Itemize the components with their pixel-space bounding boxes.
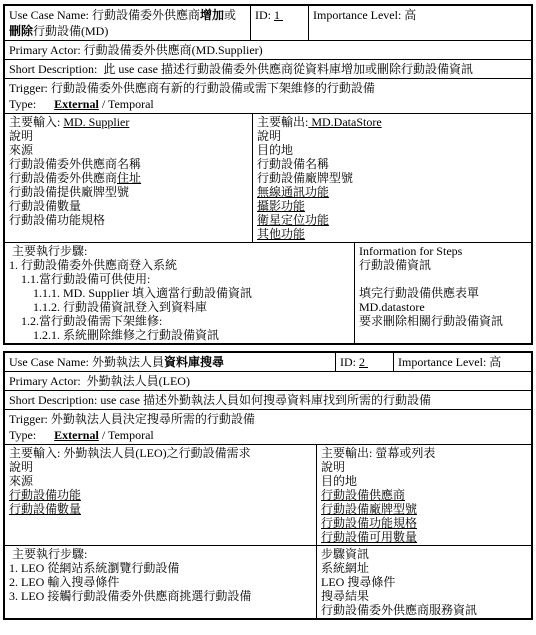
text-line: 1.1.1. MD. Supplier 填入適當行動設備資訊 — [9, 286, 350, 300]
text-segment: ID: — [255, 8, 274, 22]
text-line: 行動設備數量 — [9, 199, 248, 213]
text-line: Short Description: use case 描述外勤執法人員如何搜尋… — [9, 392, 527, 408]
text-segment: 行動設備委外供應商名稱 — [9, 157, 141, 171]
text-segment: 1. 行動設備委外供應商登入系統 — [9, 258, 177, 272]
text-line: 主要輸出: MD.DataStore — [257, 115, 527, 129]
text-segment: 行動設備委外供應商 — [9, 171, 117, 185]
main-input-cell: 主要輸入: MD. Supplier說明來源行動設備委外供應商名稱行動設備委外供… — [5, 114, 252, 242]
text-line: 行動設備功能規格 — [9, 213, 248, 227]
text-line: Short Description: 此 use case 描述行動設備委外供應… — [9, 61, 527, 77]
text-line: Information for Steps — [359, 244, 527, 258]
text-segment: 行動設備(MD) — [33, 24, 108, 38]
text-segment: 住址 — [117, 171, 141, 185]
text-line: 行動設備數量 — [9, 502, 312, 516]
text-segment: 1.2.1. 系統刪除維修之行動設備資訊 — [9, 328, 219, 342]
text-segment: LEO 搜尋條件 — [321, 575, 395, 589]
text-line: 行動設備委外供應商服務資訊 — [321, 603, 527, 617]
text-line: Use Case Name: 外勤執法人員資料庫搜尋 — [9, 354, 331, 370]
text-line: 行動設備名稱 — [257, 157, 527, 171]
text-line: 行動設備功能規格 — [321, 516, 527, 530]
text-segment: Use Case Name: 行動設備委外供應商 — [9, 8, 200, 22]
text-segment: 說明 — [9, 129, 33, 143]
text-segment: 主要輸入: 外勤執法人員(LEO)之行動設備需求 — [9, 446, 251, 460]
text-line: 1.1.當行動設備可供使用: — [9, 272, 350, 286]
text-segment: 刪除 — [9, 24, 33, 38]
text-line: 行動設備提供廠牌型號 — [9, 185, 248, 199]
text-line: 1.1.2. 行動設備資訊登入到資料庫 — [9, 300, 350, 314]
text-segment: 行動設備數量 — [9, 199, 81, 213]
text-line: 目的地 — [321, 474, 527, 488]
text-segment: 搜尋結果 — [321, 589, 369, 603]
text-segment: 填完行動設備供應表單 — [359, 286, 479, 300]
text-segment: Type: — [9, 428, 54, 442]
text-segment: 目的地 — [321, 474, 357, 488]
text-line: Type: External / Temporal — [9, 427, 527, 443]
text-line — [359, 272, 527, 286]
text-line: 要求刪除相關行動設備資訊 — [359, 314, 527, 328]
text-segment: 無線通訊功能 — [257, 185, 329, 199]
input-output-row-1: 主要輸入: MD. Supplier說明來源行動設備委外供應商名稱行動設備委外供… — [5, 113, 531, 242]
text-segment: Primary Actor: 外勤執法人員(LEO) — [9, 374, 190, 388]
text-segment: 3. LEO 接觸行動設備委外供應商挑選行動設備 — [9, 589, 251, 603]
text-segment: Importance Level: 高 — [398, 355, 501, 369]
text-line: 來源 — [9, 143, 248, 157]
primary-actor-row-2: Primary Actor: 外勤執法人員(LEO) — [5, 371, 531, 390]
text-line: 2. LEO 輸入搜尋條件 — [9, 575, 312, 589]
text-line: 主要輸出: 螢幕或列表 — [321, 446, 527, 460]
id-cell: ID: 2 — [335, 353, 393, 371]
text-line: 無線通訊功能 — [257, 185, 527, 199]
primary-actor-cell: Primary Actor: 外勤執法人員(LEO) — [5, 372, 531, 390]
text-segment: 行動設備可用數量 — [321, 530, 417, 544]
text-line: 衛星定位功能 — [257, 213, 527, 227]
text-segment: 目的地 — [257, 143, 293, 157]
text-segment: 其他功能 — [257, 227, 305, 241]
text-segment: 攝影功能 — [257, 199, 305, 213]
text-segment: 行動設備廠牌型號 — [321, 502, 417, 516]
text-segment: External — [54, 97, 99, 111]
text-segment: 1.1.當行動設備可供使用: — [9, 272, 150, 286]
primary-actor-row-1: Primary Actor: 行動設備委外供應商(MD.Supplier) — [5, 40, 531, 59]
text-segment: 行動設備數量 — [9, 502, 81, 516]
text-line: 1.2.當行動設備需下架維修: — [9, 314, 350, 328]
text-segment: MD. Supplier — [63, 115, 129, 129]
text-line: 行動設備資訊 — [359, 258, 527, 272]
text-line: 目的地 — [257, 143, 527, 157]
text-segment: 1.1.1. MD. Supplier 填入適當行動設備資訊 — [9, 286, 252, 300]
text-segment: 衛星定位功能 — [257, 213, 329, 227]
id-cell: ID: 1 — [250, 6, 308, 40]
use-case-name-cell: Use Case Name: 行動設備委外供應商增加或刪除行動設備(MD) — [5, 6, 250, 40]
text-line: Primary Actor: 行動設備委外供應商(MD.Supplier) — [9, 42, 527, 58]
text-line: 行動設備廠牌型號 — [257, 171, 527, 185]
trigger-type-row-2: Trigger: 外勤執法人員決定搜尋所需的行動設備Type: External… — [5, 409, 531, 444]
text-segment: 行動設備廠牌型號 — [257, 171, 353, 185]
text-segment: 主要執行步驟: — [9, 244, 87, 258]
text-line: 系統網址 — [321, 561, 527, 575]
text-segment: 2. LEO 輸入搜尋條件 — [9, 575, 119, 589]
text-segment: / Temporal — [99, 428, 154, 442]
short-description-row-2: Short Description: use case 描述外勤執法人員如何搜尋… — [5, 390, 531, 409]
text-segment: 主要輸入: — [9, 115, 63, 129]
text-line: 1.2.1. 系統刪除維修之行動設備資訊 — [9, 328, 350, 342]
text-segment: 行動設備供應商 — [321, 488, 405, 502]
text-line: 3. LEO 接觸行動設備委外供應商挑選行動設備 — [9, 589, 312, 603]
text-line: 行動設備委外供應商名稱 — [9, 157, 248, 171]
text-segment: 行動設備提供廠牌型號 — [9, 185, 129, 199]
text-segment: 資料庫搜尋 — [164, 355, 224, 369]
main-output-cell: 主要輸出: MD.DataStore說明目的地行動設備名稱行動設備廠牌型號無線通… — [252, 114, 531, 242]
text-segment: 行動設備資訊 — [359, 258, 431, 272]
text-segment: Use Case Name: 外勤執法人員 — [9, 355, 164, 369]
main-steps-cell: 主要執行步驟:1. LEO 從網站系統瀏覽行動設備2. LEO 輸入搜尋條件3.… — [5, 546, 316, 618]
text-segment: 增加 — [200, 8, 224, 22]
text-line: ID: 2 — [340, 354, 389, 370]
text-segment: 來源 — [9, 474, 33, 488]
info-for-steps-cell: 步驟資訊系統網址LEO 搜尋條件搜尋結果行動設備委外供應商服務資訊 — [316, 546, 531, 618]
text-segment: ID: — [340, 355, 359, 369]
text-segment: MD.datastore — [359, 300, 425, 314]
text-line: Trigger: 行動設備委外供應商有新的行動設備或需下架維修的行動設備 — [9, 80, 527, 96]
text-line: 主要執行步驟: — [9, 547, 312, 561]
text-line: 主要輸入: MD. Supplier — [9, 115, 248, 129]
text-segment: 行動設備功能規格 — [321, 516, 417, 530]
text-segment: 步驟資訊 — [321, 547, 369, 561]
text-line: MD.datastore — [359, 300, 527, 314]
use-case-name-cell: Use Case Name: 外勤執法人員資料庫搜尋 — [5, 353, 335, 371]
short-description-row-1: Short Description: 此 use case 描述行動設備委外供應… — [5, 59, 531, 78]
main-output-cell: 主要輸出: 螢幕或列表說明目的地行動設備供應商行動設備廠牌型號行動設備功能規格行… — [316, 445, 531, 545]
text-segment: 系統網址 — [321, 561, 369, 575]
text-line: Importance Level: 高 — [398, 354, 527, 370]
text-segment: Primary Actor: 行動設備委外供應商(MD.Supplier) — [9, 43, 263, 57]
text-line: 說明 — [321, 460, 527, 474]
text-segment: MD.DataStore — [308, 115, 381, 129]
text-line: 行動設備功能 — [9, 488, 312, 502]
text-segment: Trigger: 外勤執法人員決定搜尋所需的行動設備 — [9, 412, 255, 426]
text-line: 行動設備可用數量 — [321, 530, 527, 544]
text-line: 說明 — [257, 129, 527, 143]
text-segment: 說明 — [321, 460, 345, 474]
text-line: 行動設備廠牌型號 — [321, 502, 527, 516]
text-segment: 要求刪除相關行動設備資訊 — [359, 314, 503, 328]
text-segment: / Temporal — [99, 97, 154, 111]
steps-row-2: 主要執行步驟:1. LEO 從網站系統瀏覽行動設備2. LEO 輸入搜尋條件3.… — [5, 545, 531, 618]
text-line: 說明 — [9, 460, 312, 474]
text-line: 來源 — [9, 474, 312, 488]
text-line: 行動設備委外供應商住址 — [9, 171, 248, 185]
text-segment: 行動設備功能規格 — [9, 213, 105, 227]
text-segment: 行動設備委外供應商服務資訊 — [321, 603, 477, 617]
text-line: 主要輸入: 外勤執法人員(LEO)之行動設備需求 — [9, 446, 312, 460]
text-segment: 1 — [274, 8, 283, 22]
text-line: 說明 — [9, 129, 248, 143]
text-segment: Type: — [9, 97, 54, 111]
text-line: 其他功能 — [257, 227, 527, 241]
text-line: ID: 1 — [255, 7, 304, 23]
main-steps-cell: 主要執行步驟:1. 行動設備委外供應商登入系統 1.1.當行動設備可供使用: 1… — [5, 243, 354, 343]
text-line: Primary Actor: 外勤執法人員(LEO) — [9, 373, 527, 389]
use-case-table-1: Use Case Name: 行動設備委外供應商增加或刪除行動設備(MD) ID… — [3, 4, 533, 345]
text-segment: 2 — [359, 355, 368, 369]
use-case-header-row-2: Use Case Name: 外勤執法人員資料庫搜尋 ID: 2 Importa… — [5, 353, 531, 371]
text-line: 主要執行步驟: — [9, 244, 350, 258]
text-segment: Importance Level: 高 — [313, 8, 416, 22]
steps-row-1: 主要執行步驟:1. 行動設備委外供應商登入系統 1.1.當行動設備可供使用: 1… — [5, 242, 531, 343]
use-case-table-2: Use Case Name: 外勤執法人員資料庫搜尋 ID: 2 Importa… — [3, 351, 533, 620]
text-segment: Short Description: 此 use case 描述行動設備委外供應… — [9, 62, 473, 76]
text-segment: 來源 — [9, 143, 33, 157]
text-segment: 說明 — [9, 460, 33, 474]
text-segment: 或 — [224, 8, 236, 22]
text-segment: 說明 — [257, 129, 281, 143]
use-case-header-row-1: Use Case Name: 行動設備委外供應商增加或刪除行動設備(MD) ID… — [5, 6, 531, 40]
text-line: 1. 行動設備委外供應商登入系統 — [9, 258, 350, 272]
text-segment: 主要輸出: 螢幕或列表 — [321, 446, 435, 460]
text-segment: Trigger: 行動設備委外供應商有新的行動設備或需下架維修的行動設備 — [9, 81, 375, 95]
text-segment: 1.2.當行動設備需下架維修: — [9, 314, 162, 328]
text-line: 填完行動設備供應表單 — [359, 286, 527, 300]
text-line: 搜尋結果 — [321, 589, 527, 603]
short-description-cell: Short Description: 此 use case 描述行動設備委外供應… — [5, 60, 531, 78]
text-line: Importance Level: 高 — [313, 7, 527, 23]
importance-level-cell: Importance Level: 高 — [308, 6, 531, 40]
input-output-row-2: 主要輸入: 外勤執法人員(LEO)之行動設備需求說明來源行動設備功能行動設備數量… — [5, 444, 531, 545]
importance-level-cell: Importance Level: 高 — [393, 353, 531, 371]
text-segment: 1.1.2. 行動設備資訊登入到資料庫 — [9, 300, 207, 314]
main-input-cell: 主要輸入: 外勤執法人員(LEO)之行動設備需求說明來源行動設備功能行動設備數量 — [5, 445, 316, 545]
trigger-type-cell: Trigger: 外勤執法人員決定搜尋所需的行動設備Type: External… — [5, 410, 531, 444]
short-description-cell: Short Description: use case 描述外勤執法人員如何搜尋… — [5, 391, 531, 409]
text-segment: 1. LEO 從網站系統瀏覽行動設備 — [9, 561, 179, 575]
text-line: 步驟資訊 — [321, 547, 527, 561]
text-line: 行動設備供應商 — [321, 488, 527, 502]
text-line: Type: External / Temporal — [9, 96, 527, 112]
trigger-type-cell: Trigger: 行動設備委外供應商有新的行動設備或需下架維修的行動設備Type… — [5, 79, 531, 113]
info-for-steps-cell: Information for Steps行動設備資訊填完行動設備供應表單MD.… — [354, 243, 531, 343]
document-page: Use Case Name: 行動設備委外供應商增加或刪除行動設備(MD) ID… — [0, 0, 536, 620]
text-segment: Information for Steps — [359, 244, 462, 258]
text-line: 攝影功能 — [257, 199, 527, 213]
text-line: Trigger: 外勤執法人員決定搜尋所需的行動設備 — [9, 411, 527, 427]
text-line: LEO 搜尋條件 — [321, 575, 527, 589]
text-line: 1. LEO 從網站系統瀏覽行動設備 — [9, 561, 312, 575]
text-segment: 主要輸出: — [257, 115, 308, 129]
text-segment: External — [54, 428, 99, 442]
text-segment: Short Description: use case 描述外勤執法人員如何搜尋… — [9, 393, 431, 407]
text-segment: 主要執行步驟: — [9, 547, 87, 561]
text-line: Use Case Name: 行動設備委外供應商增加或刪除行動設備(MD) — [9, 7, 246, 39]
text-segment: 行動設備功能 — [9, 488, 81, 502]
primary-actor-cell: Primary Actor: 行動設備委外供應商(MD.Supplier) — [5, 41, 531, 59]
text-segment: 行動設備名稱 — [257, 157, 329, 171]
trigger-type-row-1: Trigger: 行動設備委外供應商有新的行動設備或需下架維修的行動設備Type… — [5, 78, 531, 113]
